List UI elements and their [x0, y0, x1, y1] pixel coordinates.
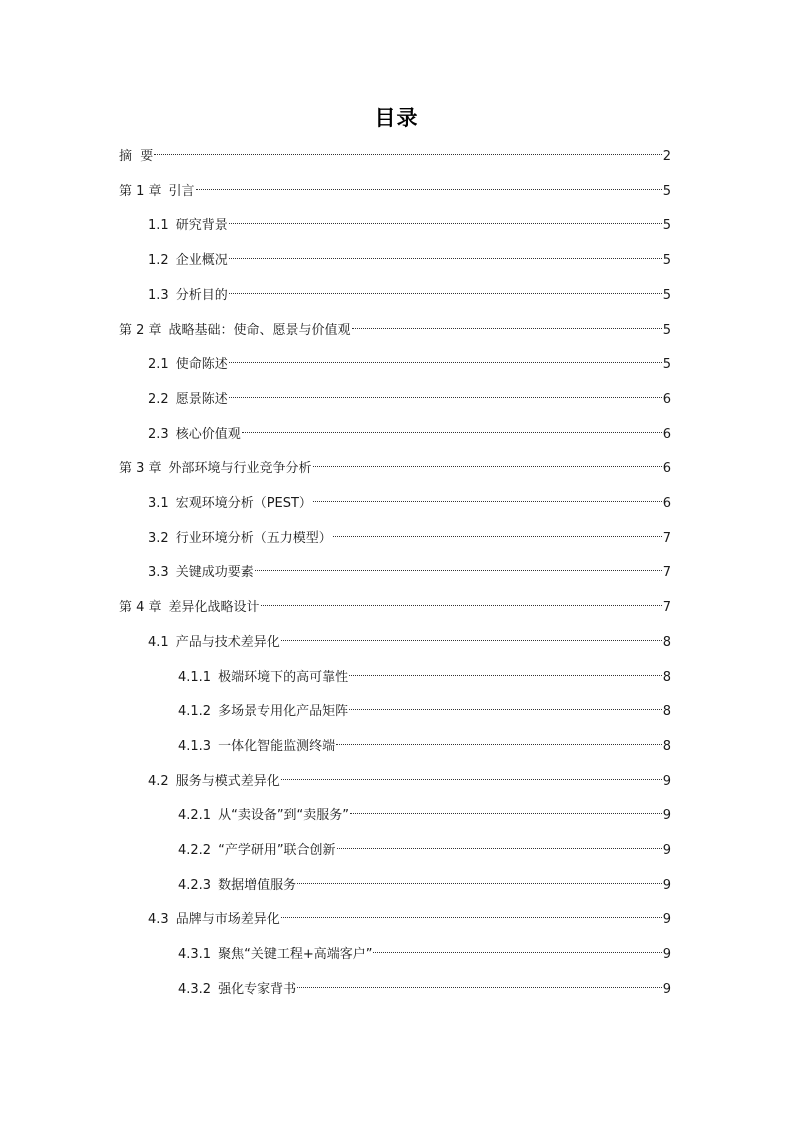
toc-entry-number: 4.1.1 [178, 668, 211, 688]
toc-entry-2-2[interactable]: 2.2 愿景陈述 6 [148, 383, 671, 403]
toc-entry-text: 多场景专用化产品矩阵 [218, 702, 348, 722]
dot-leader [313, 452, 662, 472]
dot-leader [336, 730, 662, 750]
toc-entry-number: 1.2 [148, 251, 169, 271]
toc-entry-text: 企业概况 [176, 251, 228, 271]
toc-entry-number: 4.3 [148, 910, 169, 930]
dot-leader [333, 522, 662, 542]
toc-entry-number: 第 2 章 [119, 321, 162, 341]
dot-leader [154, 140, 661, 160]
toc-entry-text: 差异化战略设计 [169, 598, 260, 618]
toc-entry-text: 使命陈述 [176, 355, 228, 375]
toc-entry-page: 6 [663, 494, 671, 514]
toc-entry-number: 1.1 [148, 216, 169, 236]
toc-entry-text: 极端环境下的高可靠性 [218, 668, 348, 688]
toc-entry-text: 关键成功要素 [176, 563, 254, 583]
toc-entry-page: 8 [663, 668, 671, 688]
toc-entry-text: 强化专家背书 [218, 980, 296, 1000]
dot-leader [349, 695, 662, 715]
dot-leader [261, 591, 662, 611]
toc-entry-number: 4.3.2 [178, 980, 211, 1000]
dot-leader [373, 938, 661, 958]
toc-entry-number: 3.1 [148, 494, 169, 514]
toc-entry-number: 2.3 [148, 425, 169, 445]
dot-leader [313, 487, 662, 507]
toc-entry-page: 8 [663, 633, 671, 653]
toc-entry-text: “产学研用”联合创新 [218, 841, 335, 861]
toc-entry-4-1-1[interactable]: 4.1.1 极端环境下的高可靠性 8 [178, 661, 671, 681]
toc-entry-text: 摘 要 [119, 147, 153, 167]
toc-entry-page: 5 [663, 321, 671, 341]
toc-entry-text: 聚焦“关键工程+高端客户” [218, 945, 372, 965]
toc-entry-4-1[interactable]: 4.1 产品与技术差异化 8 [148, 626, 671, 646]
toc-entry-text: 分析目的 [176, 286, 228, 306]
toc-entry-text: 核心价值观 [176, 425, 241, 445]
toc-entry-text: 品牌与市场差异化 [176, 910, 280, 930]
toc-entry-text: 研究背景 [176, 216, 228, 236]
toc-entry-page: 5 [663, 216, 671, 236]
toc-entry-text: 行业环境分析（五力模型） [176, 529, 332, 549]
toc-entry-page: 5 [663, 182, 671, 202]
toc-entry-page: 5 [663, 251, 671, 271]
toc-entry-number: 4.2.1 [178, 806, 211, 826]
toc-entry-page: 7 [663, 598, 671, 618]
toc-entry-number: 第 1 章 [119, 182, 162, 202]
toc-entry-number: 3.2 [148, 529, 169, 549]
toc-entry-1-3[interactable]: 1.3 分析目的 5 [148, 279, 671, 299]
toc-entry-page: 9 [663, 980, 671, 1000]
dot-leader [281, 626, 662, 646]
dot-leader [242, 418, 662, 438]
toc-entry-number: 4.2 [148, 772, 169, 792]
toc-entry-number: 第 4 章 [119, 598, 162, 618]
toc-entry-number: 3.3 [148, 563, 169, 583]
toc-entry-text: 引言 [169, 182, 195, 202]
toc-entry-chapter-3[interactable]: 第 3 章 外部环境与行业竞争分析 6 [119, 452, 671, 472]
dot-leader [196, 175, 662, 195]
toc-entry-page: 9 [663, 841, 671, 861]
toc-entry-3-2[interactable]: 3.2 行业环境分析（五力模型） 7 [148, 522, 671, 542]
toc-entry-chapter-2[interactable]: 第 2 章 战略基础：使命、愿景与价值观 5 [119, 314, 671, 334]
toc-entry-number: 4.2.2 [178, 841, 211, 861]
toc-entry-4-2[interactable]: 4.2 服务与模式差异化 9 [148, 765, 671, 785]
toc-entry-page: 6 [663, 390, 671, 410]
toc-entry-page: 9 [663, 806, 671, 826]
toc-entry-text: 外部环境与行业竞争分析 [169, 459, 312, 479]
toc-entry-page: 9 [663, 876, 671, 896]
toc-entry-chapter-1[interactable]: 第 1 章 引言 5 [119, 175, 671, 195]
toc-entry-number: 1.3 [148, 286, 169, 306]
toc-entry-text: 战略基础：使命、愿景与价值观 [169, 321, 351, 341]
toc-entry-text: 数据增值服务 [218, 876, 296, 896]
toc-entry-page: 6 [663, 425, 671, 445]
toc-entry-page: 9 [663, 945, 671, 965]
toc-entry-page: 7 [663, 563, 671, 583]
toc-entry-text: 产品与技术差异化 [176, 633, 280, 653]
toc-entry-1-2[interactable]: 1.2 企业概况 5 [148, 244, 671, 264]
toc-entry-page: 6 [663, 459, 671, 479]
dot-leader [352, 314, 662, 334]
toc-entry-number: 2.1 [148, 355, 169, 375]
dot-leader [229, 279, 662, 299]
toc-entry-page: 8 [663, 737, 671, 757]
toc-entry-4-2-3[interactable]: 4.2.3 数据增值服务 9 [178, 869, 671, 889]
toc-entry-1-1[interactable]: 1.1 研究背景 5 [148, 209, 671, 229]
toc-entry-page: 9 [663, 910, 671, 930]
dot-leader [350, 799, 662, 819]
toc-entry-4-2-2[interactable]: 4.2.2 “产学研用”联合创新 9 [178, 834, 671, 854]
toc-entry-number: 4.1 [148, 633, 169, 653]
dot-leader [229, 209, 662, 229]
dot-leader [229, 383, 662, 403]
toc-entry-text: 一体化智能监测终端 [218, 737, 335, 757]
toc-entry-number: 4.1.2 [178, 702, 211, 722]
dot-leader [255, 556, 662, 576]
toc-entry-3-3[interactable]: 3.3 关键成功要素 7 [148, 556, 671, 576]
toc-entry-abstract[interactable]: 摘 要 2 [119, 140, 671, 160]
toc-title: 目录 [0, 102, 793, 132]
dot-leader [281, 903, 662, 923]
toc-entry-number: 4.2.3 [178, 876, 211, 896]
toc-entry-page: 9 [663, 772, 671, 792]
toc-entry-4-3[interactable]: 4.3 品牌与市场差异化 9 [148, 903, 671, 923]
toc-entry-page: 8 [663, 702, 671, 722]
toc-entry-text: 宏观环境分析（PEST） [176, 494, 312, 514]
toc-entry-page: 2 [663, 147, 671, 167]
toc-entry-4-1-2[interactable]: 4.1.2 多场景专用化产品矩阵 8 [178, 695, 671, 715]
dot-leader [297, 869, 662, 889]
toc-entry-text: 愿景陈述 [176, 390, 228, 410]
toc-entry-4-3-2[interactable]: 4.3.2 强化专家背书 9 [178, 973, 671, 993]
toc-entry-page: 5 [663, 355, 671, 375]
toc-entry-page: 7 [663, 529, 671, 549]
dot-leader [281, 765, 662, 785]
toc-entry-2-3[interactable]: 2.3 核心价值观 6 [148, 418, 671, 438]
toc-entry-text: 从“卖设备”到“卖服务” [218, 806, 349, 826]
dot-leader [229, 348, 662, 368]
toc-entry-number: 2.2 [148, 390, 169, 410]
toc-entry-2-1[interactable]: 2.1 使命陈述 5 [148, 348, 671, 368]
dot-leader [229, 244, 662, 264]
toc-entry-text: 服务与模式差异化 [176, 772, 280, 792]
toc-entry-page: 5 [663, 286, 671, 306]
toc-entry-number: 4.1.3 [178, 737, 211, 757]
toc-entry-4-2-1[interactable]: 4.2.1 从“卖设备”到“卖服务” 9 [178, 799, 671, 819]
dot-leader [349, 661, 662, 681]
toc-entry-chapter-4[interactable]: 第 4 章 差异化战略设计 7 [119, 591, 671, 611]
toc-entry-4-3-1[interactable]: 4.3.1 聚焦“关键工程+高端客户” 9 [178, 938, 671, 958]
toc-entry-number: 4.3.1 [178, 945, 211, 965]
dot-leader [337, 834, 662, 854]
toc-entry-3-1[interactable]: 3.1 宏观环境分析（PEST） 6 [148, 487, 671, 507]
dot-leader [297, 973, 662, 993]
toc-entry-number: 第 3 章 [119, 459, 162, 479]
toc-entry-4-1-3[interactable]: 4.1.3 一体化智能监测终端 8 [178, 730, 671, 750]
